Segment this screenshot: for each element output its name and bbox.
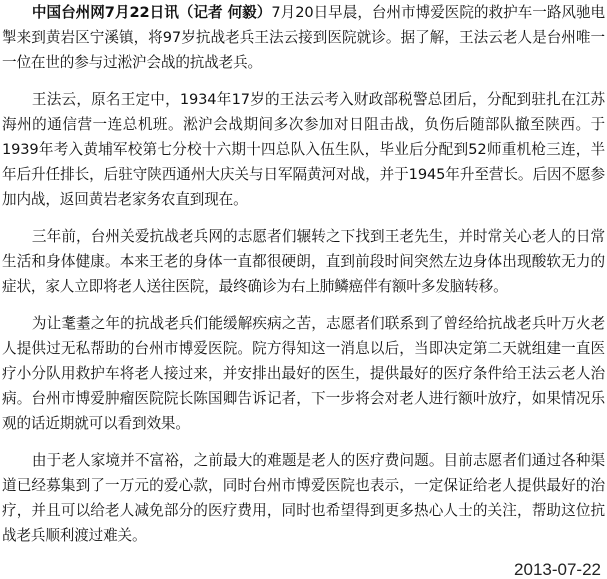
article-paragraph-3: 三年前，台州关爱抗战老兵网的志愿者们辗转之下找到王老先生，并时常关心老人的日常生… <box>2 224 605 299</box>
article-paragraph-4: 为让耄耋之年的抗战老兵们能缓解疾病之苦，志愿者们联系到了曾经给抗战老兵叶万火老人… <box>2 311 605 436</box>
article-lead: 中国台州网7月22日讯（记者 何毅） <box>32 4 271 21</box>
news-article: 中国台州网7月22日讯（记者 何毅）7月20日早晨，台州市博爱医院的救护车一路风… <box>0 0 605 579</box>
article-paragraph-1: 中国台州网7月22日讯（记者 何毅）7月20日早晨，台州市博爱医院的救护车一路风… <box>2 0 605 75</box>
publish-date: 2013-07-22 <box>2 560 605 579</box>
article-paragraph-2: 王法云，原名王定中，1934年17岁的王法云考入财政部税警总团后，分配到驻扎在江… <box>2 87 605 212</box>
article-paragraph-5: 由于老人家境并不富裕，之前最大的难题是老人的医疗费问题。目前志愿者们通过各种渠道… <box>2 448 605 548</box>
